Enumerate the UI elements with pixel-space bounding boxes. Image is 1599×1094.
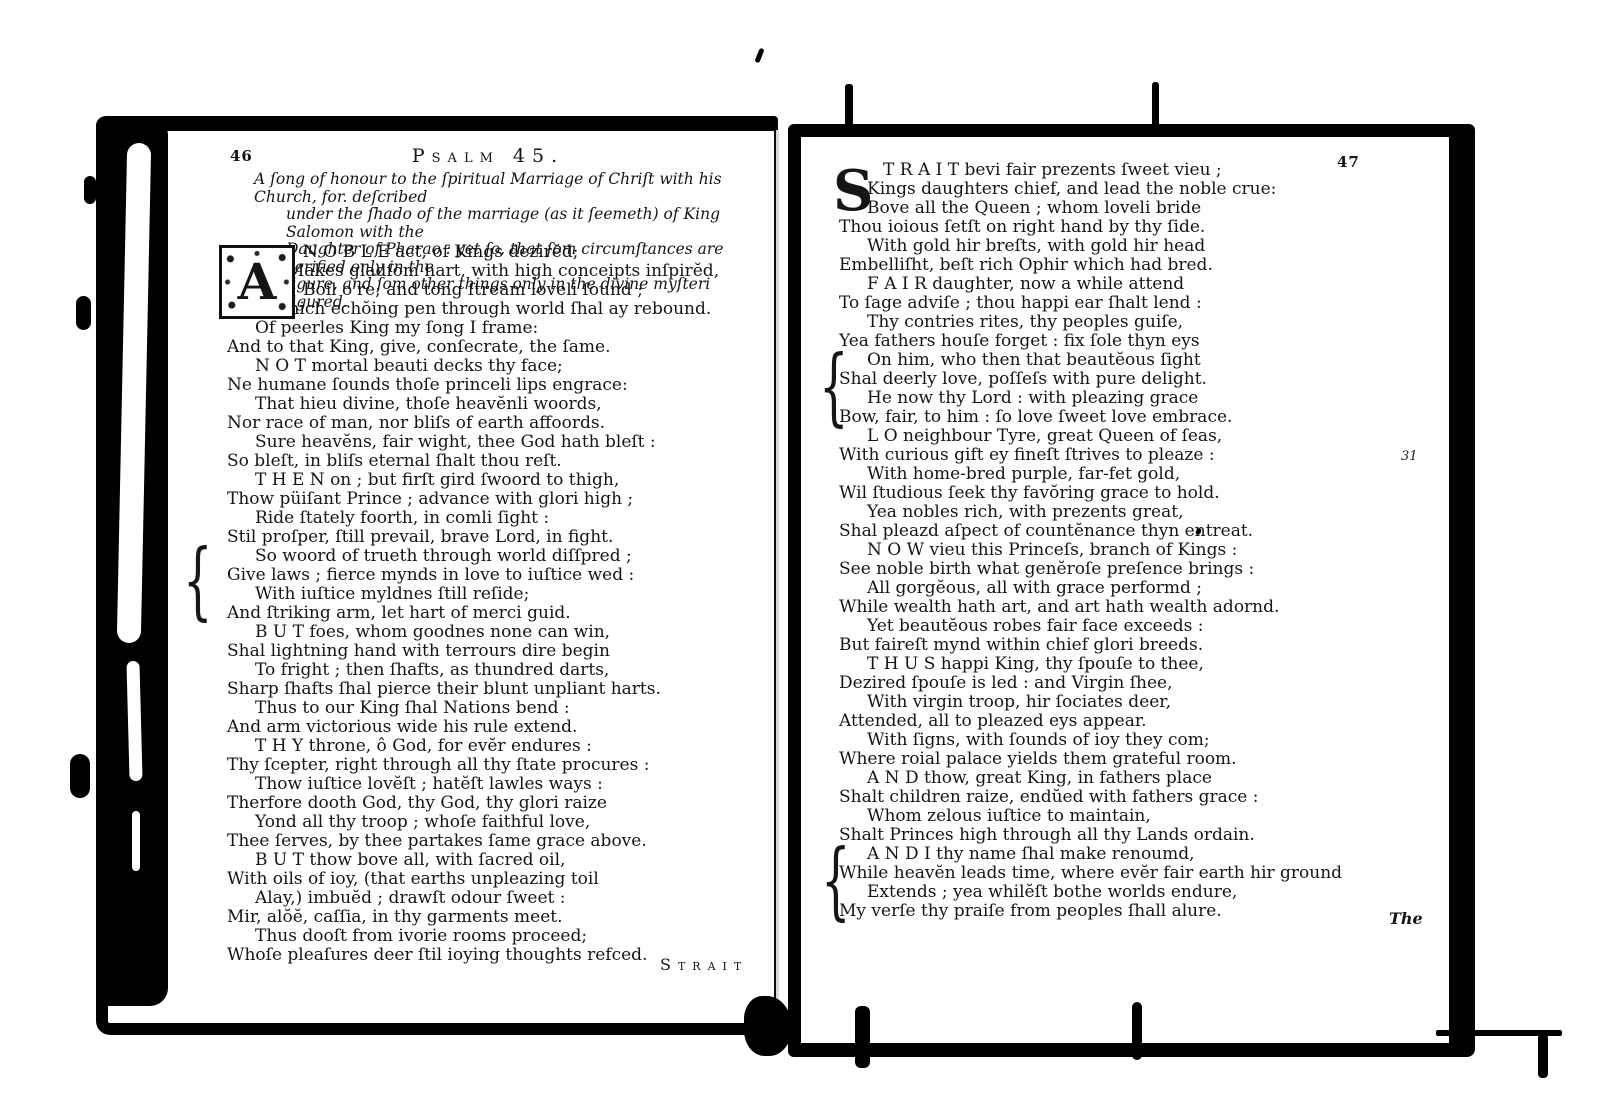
verse-line: See noble birth what genĕroſe preſence b…	[839, 560, 1429, 579]
verse-line: With iuſtice myldnes ſtill reſide;	[255, 585, 767, 604]
verse-line: Embelliſht, beſt rich Ophir which had br…	[839, 256, 1429, 275]
catchword: The	[1389, 909, 1423, 928]
verse-line: All gorgĕous, all with grace performd ;	[867, 579, 1429, 598]
verse-line: T R A I T bevi fair prezents ſweet vieu …	[883, 161, 1429, 180]
verse-line: Which echŏing pen through world ſhal ay …	[271, 300, 767, 319]
verse-line: Thee ſerves, by thee partakes ſame grace…	[227, 832, 767, 851]
catchword: Strait	[660, 955, 748, 974]
verse-line: With gold hir breſts, with gold hir head	[867, 237, 1429, 256]
binding-shadow	[102, 121, 168, 1006]
verse-line: Ne humane ſounds thoſe princeli lips eng…	[227, 376, 767, 395]
ink-stain	[855, 1006, 870, 1068]
verse-line: And to that King, give, conſecrate, the …	[227, 338, 767, 357]
verse-line: T H Y throne, ô God, for evĕr endures :	[255, 737, 767, 756]
verse-line: And ſtriking arm, let hart of merci guid…	[227, 604, 767, 623]
verse-line: N O B L E act, of Kings dezirĕd;	[303, 243, 767, 262]
verse-line: Yet beautĕous robes fair face exceeds :	[867, 617, 1429, 636]
verse-line: So bleſt, in bliſs eternal ſhalt thou re…	[227, 452, 767, 471]
verse-line: To ſage adviſe ; thou happi ear ſhalt le…	[839, 294, 1429, 313]
verse-column-left: A { N O B L E act, of Kings dezirĕd;Make…	[227, 243, 767, 965]
verse-line: Where roial palace yields them grateful …	[839, 750, 1429, 769]
right-page: 47 S { { T R A I T bevi fair prezents ſw…	[788, 124, 1475, 1057]
verse-line: Makes gladſom hart, with high conceipts …	[287, 262, 767, 281]
verse-line: And arm victorious wide his rule extend.	[227, 718, 767, 737]
ornate-initial: A	[219, 245, 295, 319]
verse-brace-ornament: {	[183, 538, 213, 622]
left-page: 46 Psalm 45. A ſong of honour to the ſpi…	[96, 116, 778, 1035]
psalm-heading: Psalm 45.	[248, 145, 728, 167]
verse-line: My verſe thy praiſe from peoples ſhall a…	[839, 902, 1429, 921]
verse-line: Nor race of man, nor bliſs of earth affo…	[227, 414, 767, 433]
verse-line: With virgin troop, hir ſociates deer,	[867, 693, 1429, 712]
ink-stain	[70, 754, 90, 798]
verse-line: Of peerles King my ſong I frame:	[255, 319, 767, 338]
verse-line: That hieu divine, thoſe heavĕnli woords,	[255, 395, 767, 414]
verse-line: Shal pleazd aſpect of countĕnance thyn e…	[839, 522, 1429, 541]
verse-brace-ornament: {	[821, 838, 851, 922]
verse-line: Sharp ſhafts ſhal pierce their blunt unp…	[227, 680, 767, 699]
verse-line: Thy contries rites, thy peoples guiſe,	[867, 313, 1429, 332]
drop-cap-letter: A	[238, 257, 277, 307]
verse-line: Alay,) imbuĕd ; drawſt odour ſweet :	[255, 889, 767, 908]
verse-line: Thus dooſt from ivorie rooms proceed;	[255, 927, 767, 946]
verse-line: Shalt children raize, endŭed with father…	[839, 788, 1429, 807]
ink-stain	[84, 176, 96, 204]
verse-line: Thou ioious ſetſt on right hand by thy ſ…	[839, 218, 1429, 237]
verse-line: F A I R daughter, now a while attend	[867, 275, 1429, 294]
verse-column-right: S { { T R A I T bevi fair prezents ſweet…	[839, 161, 1429, 921]
verse-line: A N D thow, great King, in fathers place	[867, 769, 1429, 788]
verse-line: B U T thow bove all, with ſacred oil,	[255, 851, 767, 870]
verse-line: Thy ſcepter, right through all thy ſtate…	[227, 756, 767, 775]
verse-line: L O neighbour Tyre, great Queen of ſeas,	[867, 427, 1429, 446]
ink-stain	[744, 996, 792, 1056]
ink-stain	[845, 84, 853, 134]
verse-line: Therfore dooth God, thy God, thy glori r…	[227, 794, 767, 813]
verse-line: Give laws ; fierce mynds in love to iuſt…	[227, 566, 767, 585]
verse-line: Mir, alŏĕ, caſſia, in thy garments meet.	[227, 908, 767, 927]
verse-line: So woord of trueth through world diſſpre…	[255, 547, 767, 566]
verse-line: With ſigns, with ſounds of ioy they com;	[867, 731, 1429, 750]
verse-line: Whom zelous iuſtice to maintain,	[867, 807, 1429, 826]
verse-line: A ſong of honour to the ſpiritual Marria…	[254, 171, 750, 206]
verse-line: Bow, fair, to him : ſo love ſweet love e…	[839, 408, 1429, 427]
verse-line: Shal lightning hand with terrours dire b…	[227, 642, 767, 661]
verse-line: Shalt Princes high through all thy Lands…	[839, 826, 1429, 845]
book-scan: 46 Psalm 45. A ſong of honour to the ſpi…	[0, 0, 1599, 1094]
verse-line: N O W vieu this Princeſs, branch of King…	[867, 541, 1429, 560]
verse-line: But faireſt mynd within chief glori bree…	[839, 636, 1429, 655]
verse-line: Wil ſtudious ſeek thy favŏring grace to …	[839, 484, 1429, 503]
drop-cap-letter: S	[833, 163, 873, 219]
ink-stain	[754, 48, 764, 64]
verse-line: On him, who then that beautĕous ſight	[867, 351, 1429, 370]
verse-line: A N D I thy name ſhal make renoumd,	[867, 845, 1429, 864]
ink-stain	[1152, 82, 1159, 128]
verse-line: N O T mortal beauti decks thy face;	[255, 357, 767, 376]
verse-line: Yond all thy troop ; whoſe faithful love…	[255, 813, 767, 832]
verse-line: Stil proſper, ſtill prevail, brave Lord,…	[227, 528, 767, 547]
verse-line: Thus to our King ſhal Nations bend :	[255, 699, 767, 718]
verse-line: Bove all the Queen ; whom loveli bride	[867, 199, 1429, 218]
verse-line: Thow iuſtice lovĕſt ; hatĕſt lawles ways…	[255, 775, 767, 794]
verse-line: Attended, all to pleazed eys appear.	[839, 712, 1429, 731]
verse-line: Yea fathers houſe forget : fix ſole thyn…	[839, 332, 1429, 351]
verse-line: Ride ſtately foorth, in comli ſight :	[255, 509, 767, 528]
verse-line: Dezired ſpouſe is led : and Virgin ſhee,	[839, 674, 1429, 693]
verse-line: While wealth hath art, and art hath weal…	[839, 598, 1429, 617]
gutter-fold-shadow	[776, 130, 779, 1000]
verse-line: With oils of ioy, (that earths unpleazin…	[227, 870, 767, 889]
ink-stain	[76, 296, 91, 330]
verse-line: Shal deerly love, poſſeſs with pure deli…	[839, 370, 1429, 389]
verse-line: Boil o're; and tong ſtream loveli ſound …	[303, 281, 767, 300]
verse-line: B U T foes, whom goodnes none can win,	[255, 623, 767, 642]
verse-line: Yea nobles rich, with prezents great,	[867, 503, 1429, 522]
verse-line: Sure heavĕns, fair wight, thee God hath …	[255, 433, 767, 452]
verse-line: Extends ; yea whilĕſt bothe worlds endur…	[867, 883, 1429, 902]
verse-line: He now thy Lord : with pleazing grace	[867, 389, 1429, 408]
verse-line: To fright ; then ſhafts, as thundred dar…	[255, 661, 767, 680]
verse-line: With home-bred purple, far-fet gold,	[867, 465, 1429, 484]
verse-lines-left: N O B L E act, of Kings dezirĕd;Makes gl…	[227, 243, 767, 965]
verse-line: T H E N on ; but firſt gird ſwoord to th…	[255, 471, 767, 490]
verse-line: Kings daughters chief, and lead the nobl…	[867, 180, 1429, 199]
marginal-note: 31	[1401, 449, 1418, 464]
ink-stain	[1538, 1034, 1548, 1078]
verse-line: With curious gift ey fineſt ſtrives to p…	[839, 446, 1429, 465]
verse-line: Thow püiſant Prince ; advance with glori…	[227, 490, 767, 509]
ink-stain	[1132, 1002, 1142, 1060]
verse-line: under the ſhado of the marriage (as it ſ…	[286, 206, 750, 241]
verse-line: T H U S happi King, thy ſpouſe to thee,	[867, 655, 1429, 674]
verse-brace-ornament: {	[819, 344, 849, 428]
verse-line: While heavĕn leads time, where evĕr fair…	[839, 864, 1429, 883]
verse-lines-right: T R A I T bevi fair prezents ſweet vieu …	[839, 161, 1429, 921]
